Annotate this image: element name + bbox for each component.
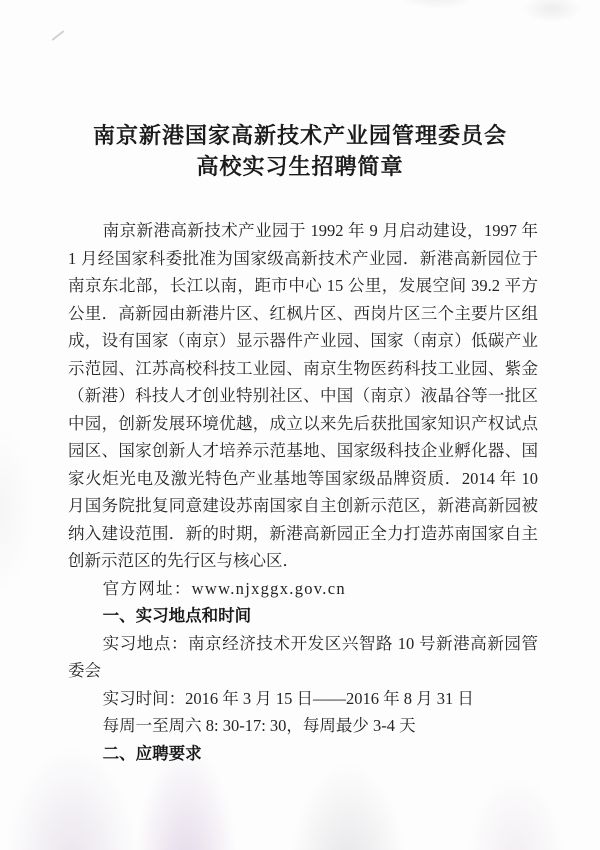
document-line: 南京东北部，长江以南，距市中心 15 公里，发展空间 39.2 平方 bbox=[68, 272, 538, 300]
document-title: 南京新港国家高新技术产业园管理委员会 高校实习生招聘简章 bbox=[0, 120, 600, 182]
scanned-document-page: 南京新港国家高新技术产业园管理委员会 高校实习生招聘简章 南京新港高新技术产业园… bbox=[0, 0, 600, 850]
document-line: 实习地点：南京经济技术开发区兴智路 10 号新港高新园管 bbox=[68, 630, 538, 658]
scan-scratch-artifact bbox=[51, 30, 64, 41]
document-line: 创新示范区的先行区与核心区． bbox=[68, 547, 538, 575]
document-line: 月国务院批复同意建设苏南国家自主创新示范区，新港高新园被 bbox=[68, 492, 538, 520]
document-line: 园区、国家创新人才培养示范基地、国家级科技企业孵化器、国 bbox=[68, 437, 538, 465]
document-line: 公里．高新园由新港片区、红枫片区、西岗片区三个主要片区组 bbox=[68, 300, 538, 328]
document-line: （新港）科技人才创业特别社区、中国（南京）液晶谷等一批区 bbox=[68, 382, 538, 410]
document-line: 中园，创新发展环境优越，成立以来先后获批国家知识产权试点 bbox=[68, 410, 538, 438]
document-line: 每周一至周六 8: 30-17: 30，每周最少 3-4 天 bbox=[68, 712, 538, 740]
document-line: 官方网址：www.njxggx.gov.cn bbox=[68, 575, 538, 603]
document-body: 南京新港高新技术产业园于 1992 年 9 月启动建设，1997 年1 月经国家… bbox=[68, 217, 538, 767]
document-line: 家火炬光电及激光特色产业基地等国家级品牌资质．2014 年 10 bbox=[68, 465, 538, 493]
document-line: 示范园、江苏高校科技工业园、南京生物医药科技工业园、紫金 bbox=[68, 355, 538, 383]
document-line: 成，设有国家（南京）显示器件产业园、国家（南京）低碳产业 bbox=[68, 327, 538, 355]
document-line: 一、实习地点和时间 bbox=[68, 602, 538, 630]
document-line: 纳入建设范围．新的时期，新港高新园正全力打造苏南国家自主 bbox=[68, 520, 538, 548]
document-title-line-1: 南京新港国家高新技术产业园管理委员会 bbox=[0, 120, 600, 151]
document-line: 实习时间：2016 年 3 月 15 日——2016 年 8 月 31 日 bbox=[68, 685, 538, 713]
document-line: 二、应聘要求 bbox=[68, 740, 538, 768]
document-line: 委会 bbox=[68, 657, 538, 685]
document-line: 南京新港高新技术产业园于 1992 年 9 月启动建设，1997 年 bbox=[68, 217, 538, 245]
document-title-line-2: 高校实习生招聘简章 bbox=[0, 151, 600, 182]
document-line: 1 月经国家科委批准为国家级高新技术产业园．新港高新园位于 bbox=[68, 245, 538, 273]
